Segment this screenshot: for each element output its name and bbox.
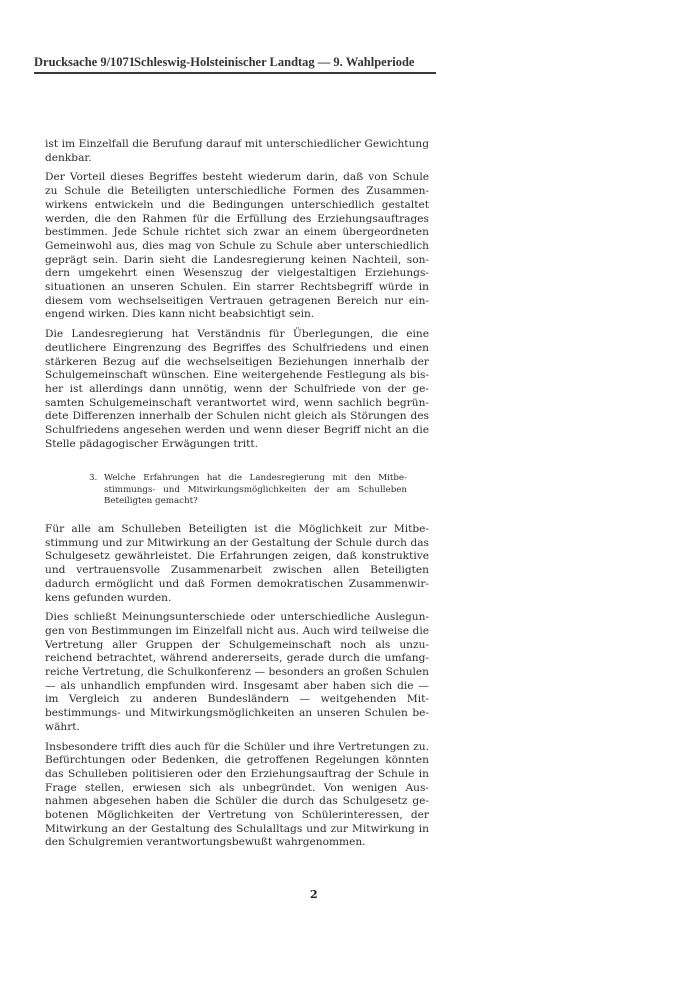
body-text-bottom: Für alle am Schulleben Beteiligten ist d… [45,523,429,856]
question-block: 3. Welche Erfahrungen hat die Landesregi… [89,473,407,508]
paragraph: Die Landesregierung hat Verständnis für … [45,328,429,451]
paragraph: ist im Einzelfall die Berufung darauf mi… [45,138,429,165]
paragraph: Insbesondere trifft dies auch für die Sc… [45,741,429,851]
paragraph: Für alle am Schulleben Beteiligten ist d… [45,523,429,605]
question-number: 3. [89,473,104,508]
page-header: Drucksache 9/1071 Schleswig-Holsteinisch… [34,55,436,74]
page-number: 2 [310,888,318,901]
paragraph: Der Vorteil dieses Begriffes besteht wie… [45,171,429,322]
question-text: Welche Erfahrungen hat die Landesregieru… [104,473,407,508]
document-number: Drucksache 9/1071 [34,55,134,70]
body-text-top: ist im Einzelfall die Berufung darauf mi… [45,138,429,457]
paragraph: Dies schließt Meinungsunterschiede oder … [45,611,429,734]
header-title: Schleswig-Holsteinischer Landtag — 9. Wa… [134,55,414,70]
